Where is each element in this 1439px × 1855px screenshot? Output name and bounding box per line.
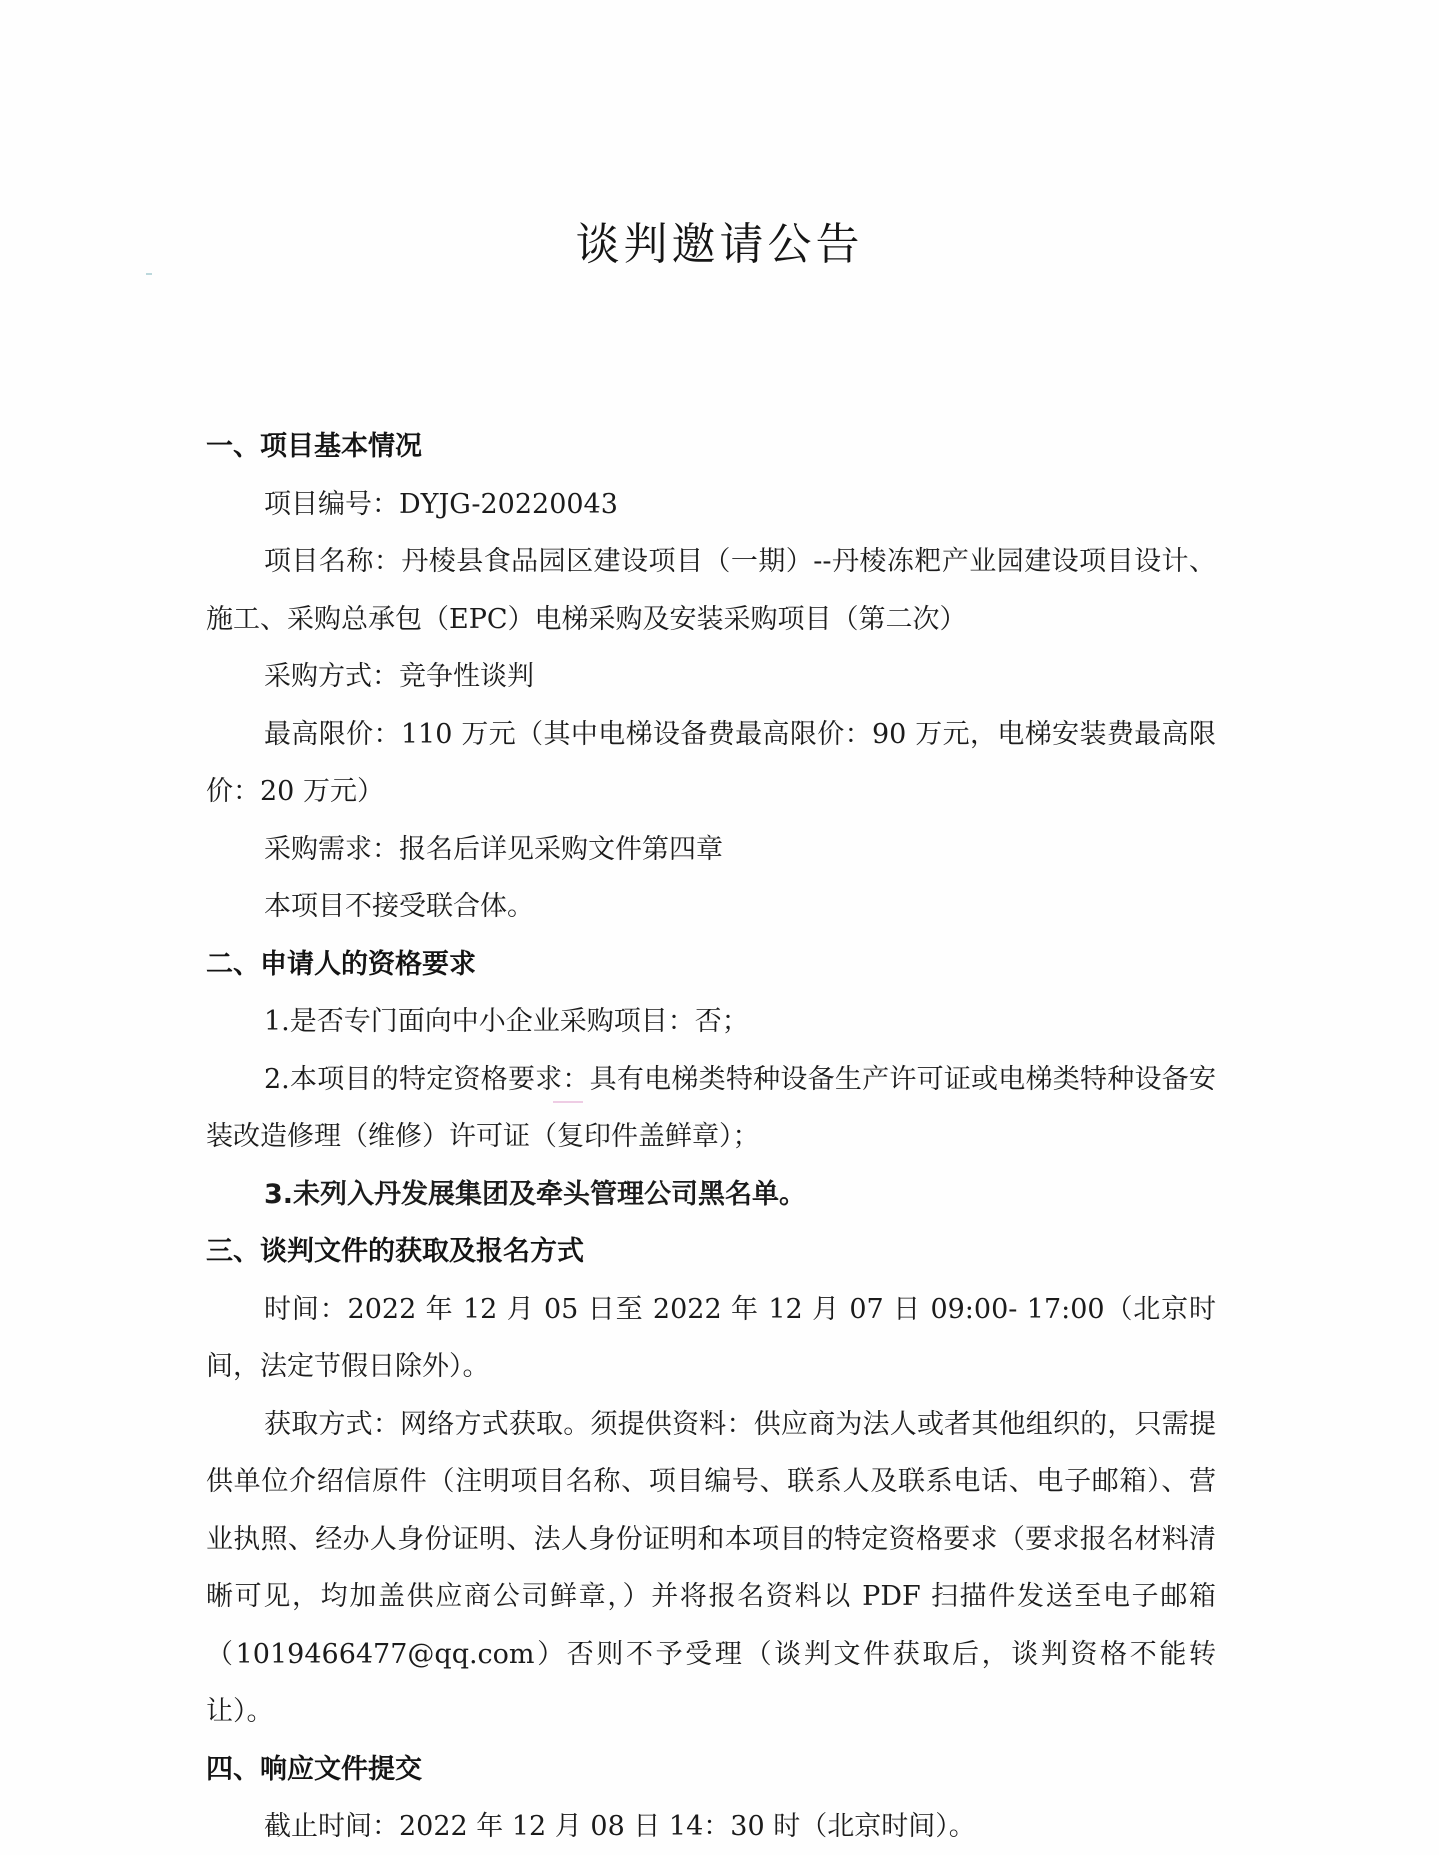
section-heading: 三、谈判文件的获取及报名方式 [206, 1223, 1216, 1281]
section-heading: 二、申请人的资格要求 [206, 936, 1216, 994]
qualification-item: 3.未列入丹发展集团及牵头管理公司黑名单。 [206, 1166, 1216, 1224]
procurement-method: 采购方式：竞争性谈判 [206, 648, 1216, 706]
project-number: 项目编号：DYJG-20220043 [206, 476, 1216, 534]
section-heading: 四、响应文件提交 [206, 1741, 1216, 1799]
scan-artifact [553, 1101, 583, 1103]
section-project-basics: 一、项目基本情况 项目编号：DYJG-20220043 项目名称：丹棱县食品园区… [206, 418, 1216, 936]
acquisition-time: 时间：2022 年 12 月 05 日至 2022 年 12 月 07 日 09… [206, 1281, 1216, 1396]
project-name: 项目名称：丹棱县食品园区建设项目（一期）--丹棱冻粑产业园建设项目设计、施工、采… [206, 533, 1216, 648]
section-heading: 一、项目基本情况 [206, 418, 1216, 476]
consortium-note: 本项目不接受联合体。 [206, 878, 1216, 936]
document-body: 一、项目基本情况 项目编号：DYJG-20220043 项目名称：丹棱县食品园区… [206, 418, 1216, 1855]
acquisition-method: 获取方式：网络方式获取。须提供资料：供应商为法人或者其他组织的，只需提供单位介绍… [206, 1396, 1216, 1741]
price-ceiling: 最高限价：110 万元（其中电梯设备费最高限价：90 万元，电梯安装费最高限价：… [206, 706, 1216, 821]
section-response-submission: 四、响应文件提交 截止时间：2022 年 12 月 08 日 14：30 时（北… [206, 1741, 1216, 1855]
section-applicant-qualifications: 二、申请人的资格要求 1.是否专门面向中小企业采购项目：否； 2.本项目的特定资… [206, 936, 1216, 1224]
qualification-item: 2.本项目的特定资格要求：具有电梯类特种设备生产许可证或电梯类特种设备安装改造修… [206, 1051, 1216, 1166]
section-document-acquisition: 三、谈判文件的获取及报名方式 时间：2022 年 12 月 05 日至 2022… [206, 1223, 1216, 1741]
submission-deadline: 截止时间：2022 年 12 月 08 日 14：30 时（北京时间）。 [206, 1798, 1216, 1855]
qualification-item: 1.是否专门面向中小企业采购项目：否； [206, 993, 1216, 1051]
procurement-requirements: 采购需求：报名后详见采购文件第四章 [206, 821, 1216, 879]
document-title: 谈判邀请公告 [0, 208, 1439, 272]
document-page: 谈判邀请公告 一、项目基本情况 项目编号：DYJG-20220043 项目名称：… [0, 0, 1439, 1855]
scan-artifact [146, 273, 152, 275]
